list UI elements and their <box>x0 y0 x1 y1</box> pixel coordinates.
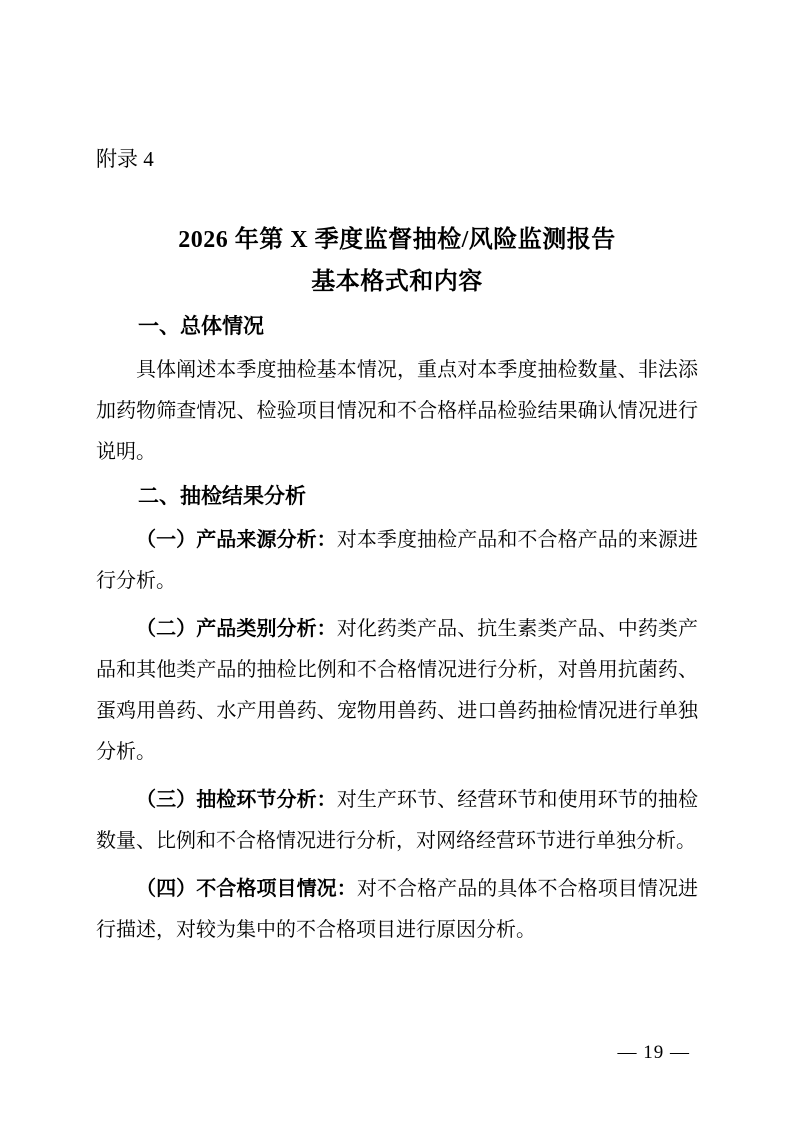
item-2-label: （二）产品类别分析： <box>136 618 337 640</box>
item-3-label: （三）抽检环节分析： <box>136 789 337 811</box>
paragraph-item-4: （四）不合格项目情况：对不合格产品的具体不合格项目情况进行描述，对较为集中的不合… <box>96 869 698 951</box>
document-title: 2026 年第 X 季度监督抽检/风险监测报告 基本格式和内容 <box>96 219 698 303</box>
item-1-label: （一）产品来源分析： <box>136 529 337 551</box>
page-number: — 19 — <box>618 1042 691 1064</box>
paragraph-item-3: （三）抽检环节分析：对生产环节、经营环节和使用环节的抽检数量、比例和不合格情况进… <box>96 780 698 862</box>
document-title-line-2: 基本格式和内容 <box>311 269 483 295</box>
document-page: 附录 4 2026 年第 X 季度监督抽检/风险监测报告 基本格式和内容 一、总… <box>0 0 794 1123</box>
document-title-line-1: 2026 年第 X 季度监督抽检/风险监测报告 <box>178 227 616 253</box>
appendix-label: 附录 4 <box>96 145 698 173</box>
item-4-label: （四）不合格项目情况： <box>136 878 357 900</box>
paragraph-item-2: （二）产品类别分析：对化药类产品、抗生素类产品、中药类产品和其他类产品的抽检比例… <box>96 609 698 773</box>
paragraph-item-1: （一）产品来源分析：对本季度抽检产品和不合格产品的来源进行分析。 <box>96 520 698 602</box>
paragraph-overall-situation: 具体阐述本季度抽检基本情况，重点对本季度抽检数量、非法添加药物筛查情况、检验项目… <box>96 350 698 473</box>
section-heading-overall-situation: 一、总体情况 <box>96 311 698 343</box>
section-heading-result-analysis: 二、抽检结果分析 <box>96 481 698 513</box>
